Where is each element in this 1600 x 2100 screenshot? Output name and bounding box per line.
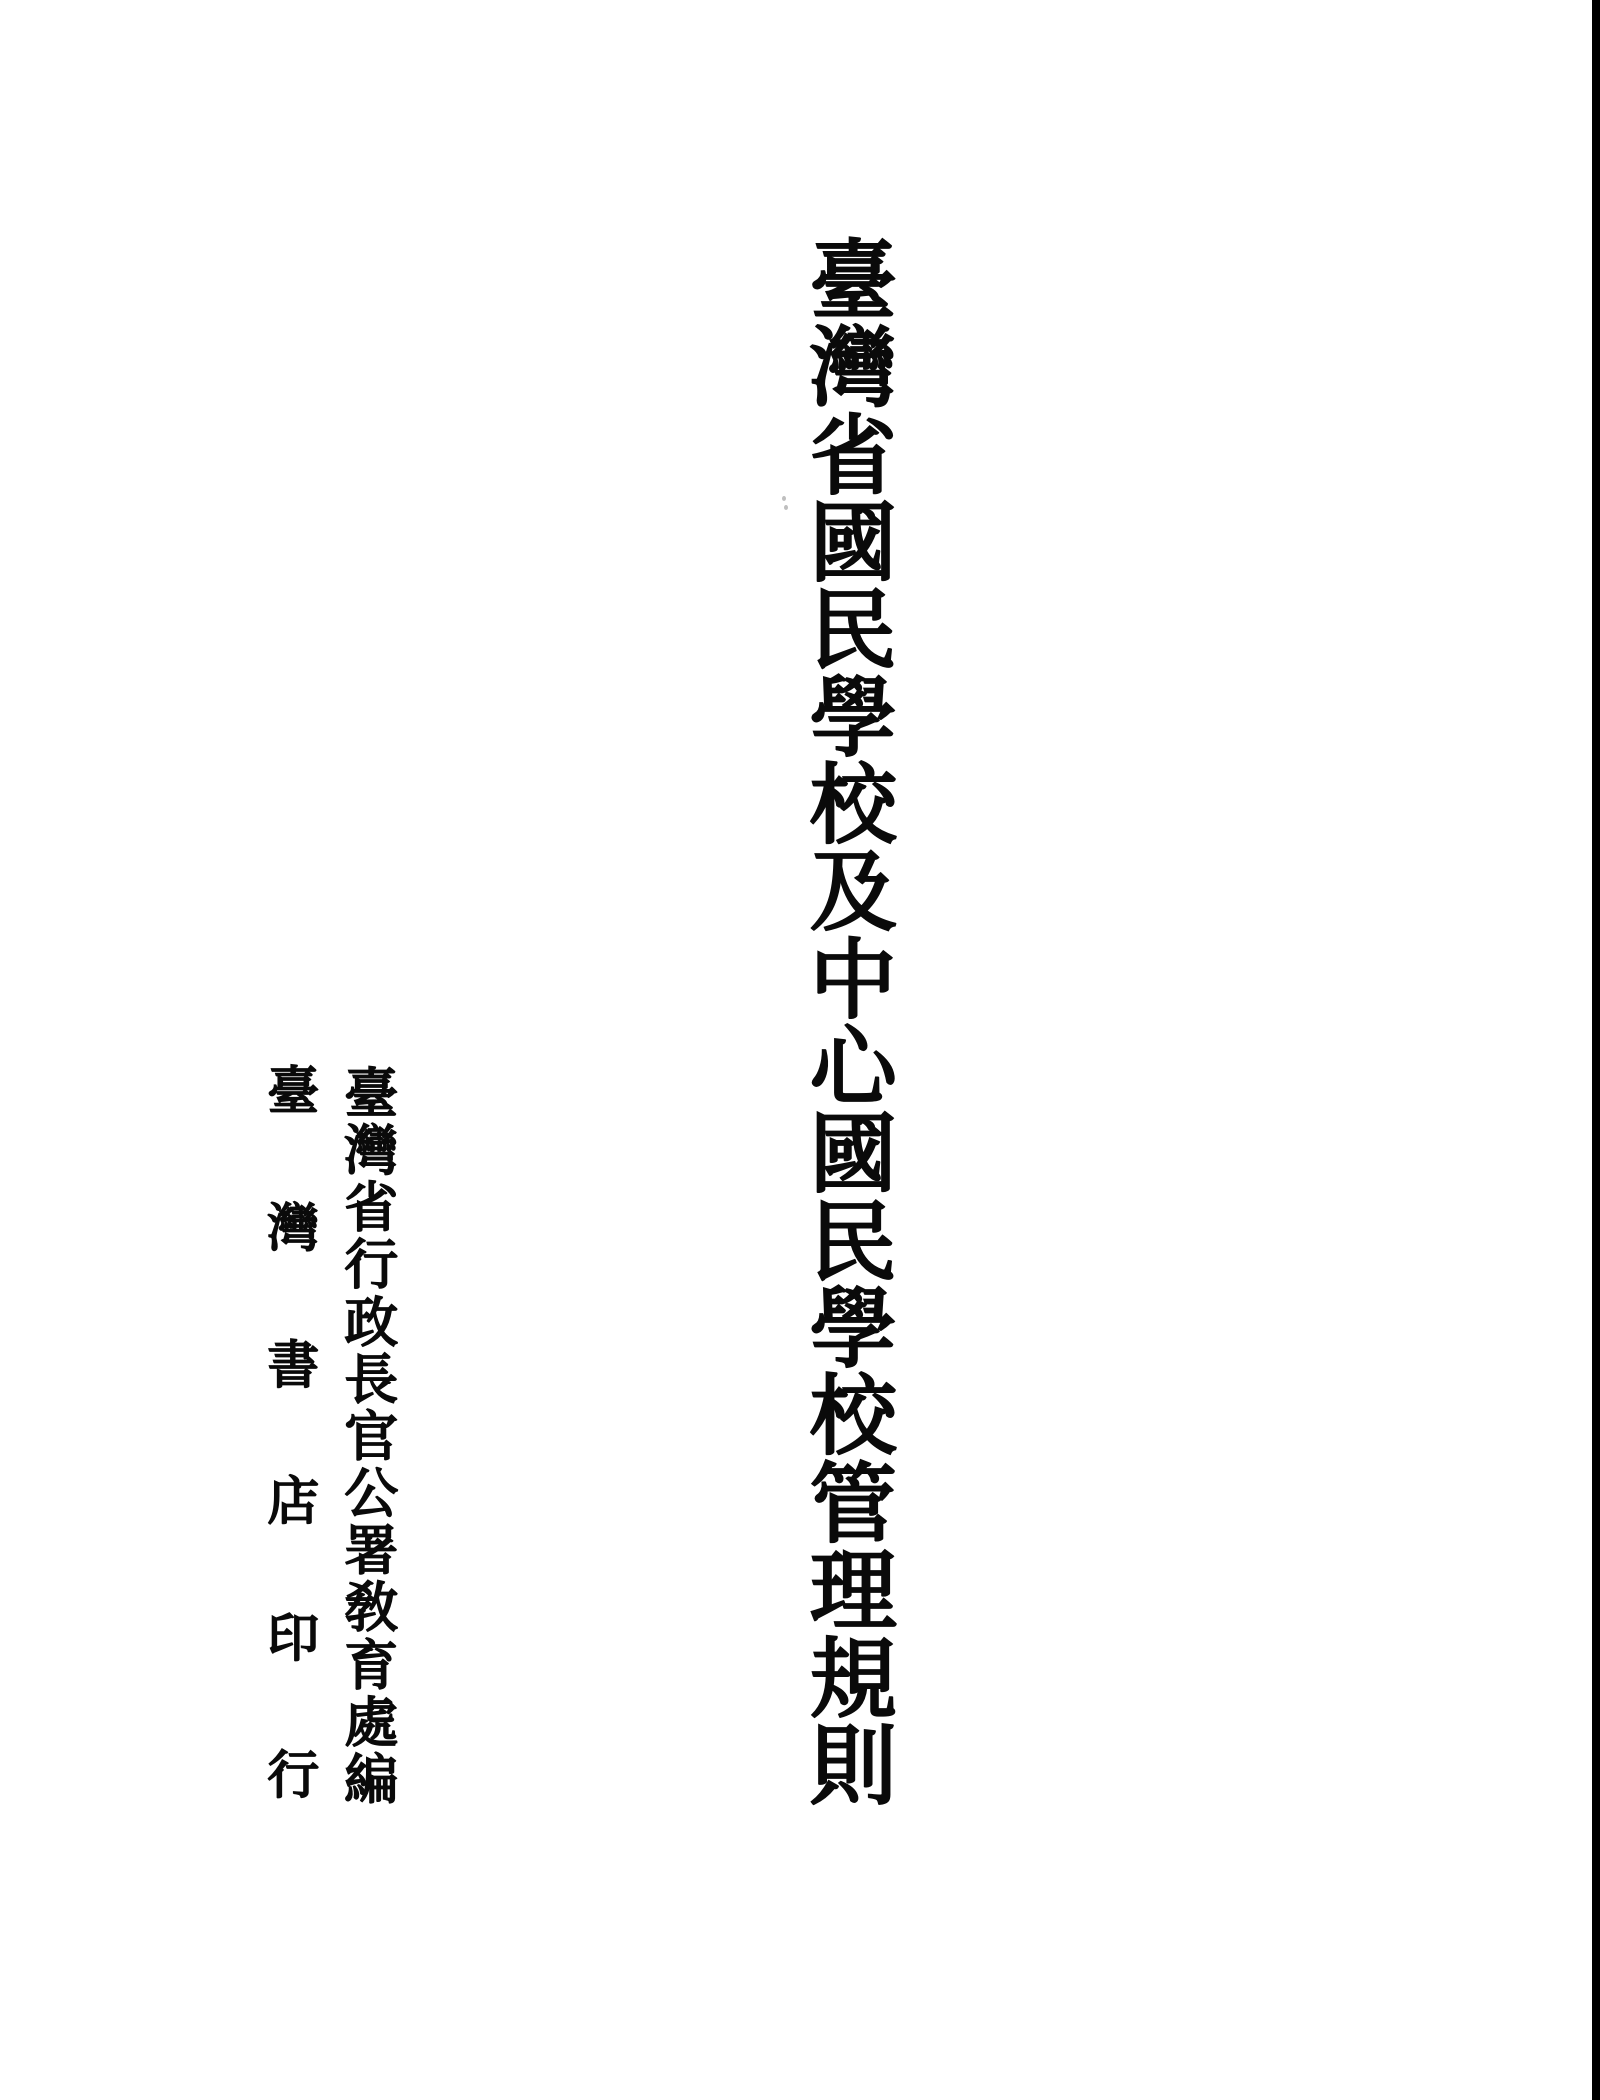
publisher-imprint: 臺灣書店印行	[266, 1066, 320, 1802]
scan-speck	[782, 496, 786, 501]
scan-edge-artifact	[1592, 0, 1600, 2100]
compiler-imprint: 臺灣省行政長官公署敎育處編	[343, 1066, 399, 1806]
scan-speck	[784, 505, 788, 510]
book-title: 臺灣省國民學校及中心國民學校管理規則	[806, 237, 900, 1809]
scanned-title-page: 臺灣省國民學校及中心國民學校管理規則 臺灣省行政長官公署敎育處編 臺灣書店印行	[0, 0, 1600, 2100]
